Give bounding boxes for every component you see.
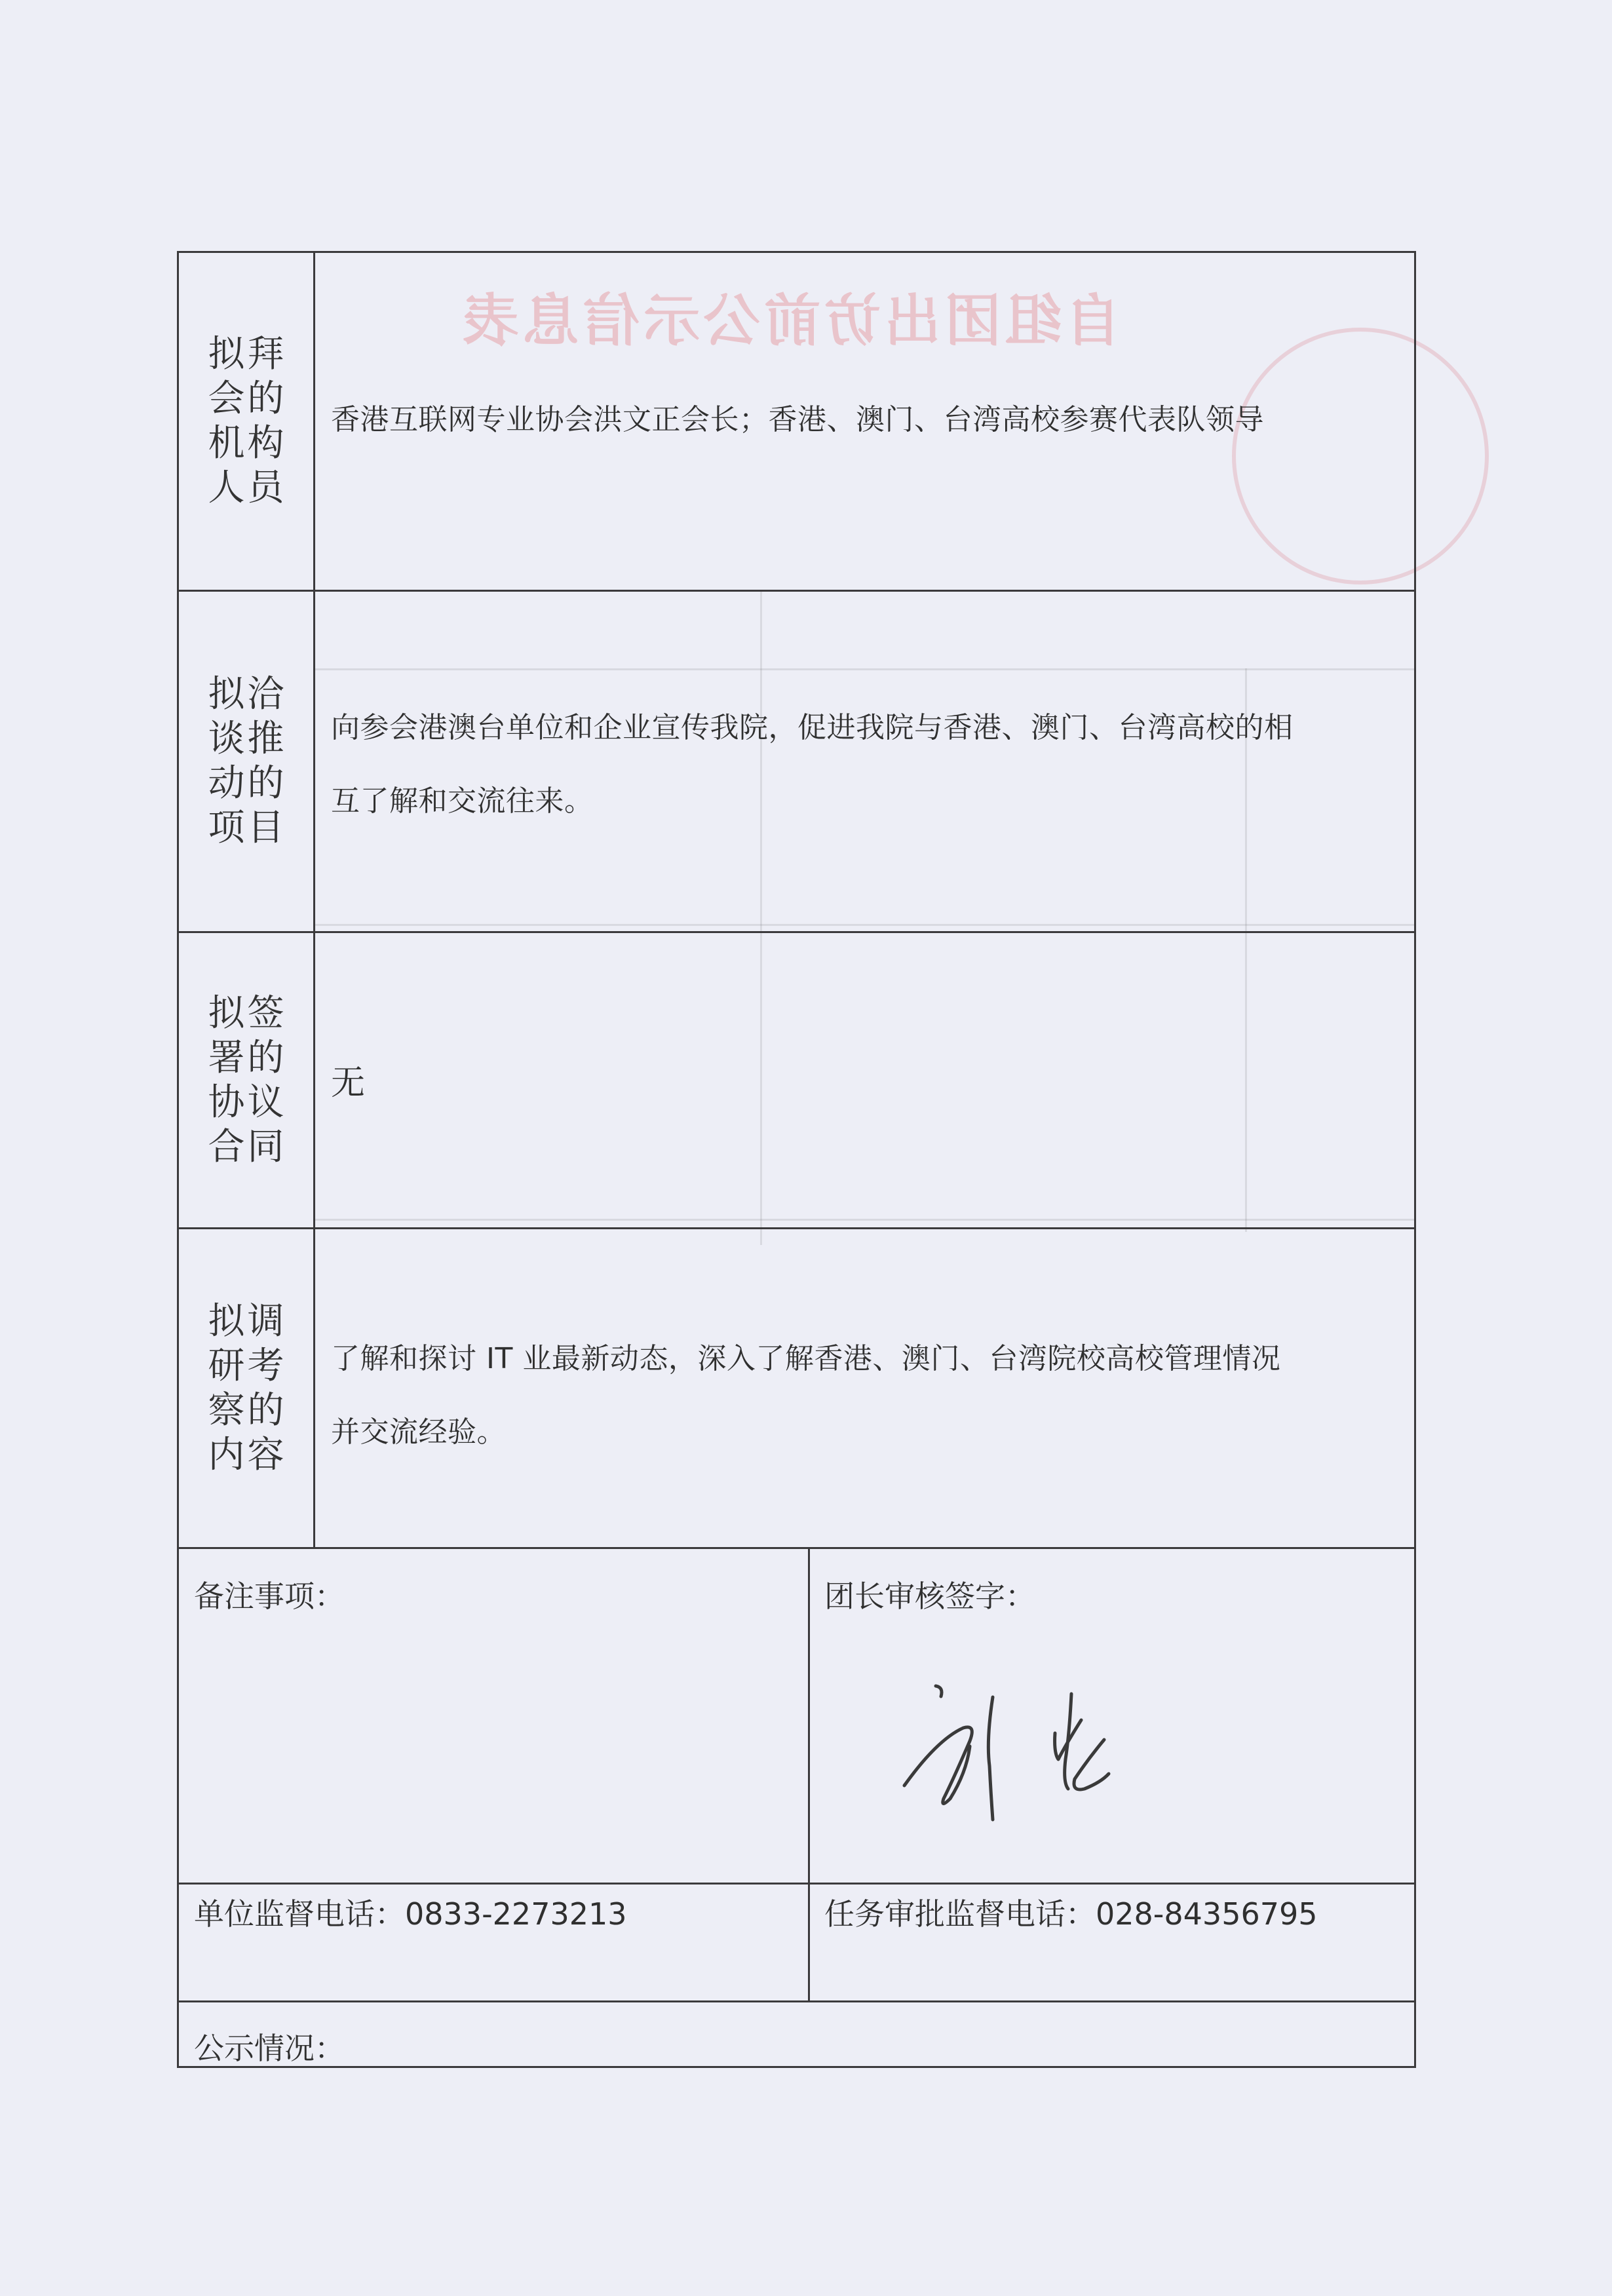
document-page: 自组团出访前公示信息表 拟 拜 会 的 机 构 人 员 香港互联网专业协会洪文正… (0, 0, 1612, 2296)
content-line: 向参会港澳台单位和企业宣传我院，促进我院与香港、澳门、台湾高校的相 (331, 691, 1399, 765)
label-char: 调 (246, 1303, 286, 1341)
label-char: 的 (246, 1039, 286, 1077)
leader-signature-label: 团长审核签字： (824, 1573, 1035, 1616)
bleed-through-line (315, 924, 1415, 926)
label-char: 拟 (207, 1303, 246, 1341)
row-divider (177, 931, 1416, 933)
label-column-divider (313, 251, 315, 1548)
table-border-top (177, 251, 1416, 253)
label-char: 谈 (207, 720, 246, 758)
agreements-content: 无 (331, 1046, 1399, 1120)
bleed-through-line (315, 668, 1415, 670)
label-char: 拟 (207, 335, 246, 373)
publicity-label: 公示情况： (194, 2025, 345, 2068)
label-char: 拟 (207, 995, 246, 1033)
label-char: 机 (207, 425, 246, 463)
label-char: 人 (207, 469, 246, 507)
bleed-through-line (315, 1219, 1415, 1221)
label-char: 拟 (207, 676, 246, 714)
label-char: 推 (246, 720, 286, 758)
label-char: 议 (246, 1084, 286, 1122)
bottom-column-divider (808, 1547, 810, 2000)
label-char: 洽 (246, 676, 286, 714)
unit-supervision-phone-value: 0833-2273213 (405, 1896, 627, 1932)
label-char: 的 (246, 765, 286, 803)
content-line: 了解和探讨 IT 业最新动态，深入了解香港、澳门、台湾院校高校管理情况 (331, 1322, 1399, 1396)
row-label-agreements: 拟 签 署 的 协 议 合 同 (179, 933, 313, 1227)
label-char: 项 (207, 809, 246, 847)
row-divider (177, 1547, 1416, 1549)
negotiation-projects-content: 向参会港澳台单位和企业宣传我院，促进我院与香港、澳门、台湾高校的相 互了解和交流… (331, 691, 1399, 838)
visit-organizations-content: 香港互联网专业协会洪文正会长；香港、澳门、台湾高校参赛代表队领导 (331, 383, 1399, 457)
handwritten-signature (878, 1668, 1153, 1825)
unit-supervision-phone-label: 单位监督电话： (194, 1896, 405, 1932)
row-label-negotiation-projects: 拟 洽 谈 推 动 的 项 目 (179, 592, 313, 931)
label-char: 察 (207, 1392, 246, 1430)
row-divider (177, 2000, 1416, 2002)
row-label-research-content: 拟 调 研 考 察 的 内 容 (179, 1229, 313, 1547)
label-char: 容 (246, 1436, 286, 1474)
label-char: 考 (246, 1347, 286, 1385)
research-content: 了解和探讨 IT 业最新动态，深入了解香港、澳门、台湾院校高校管理情况 并交流经… (331, 1322, 1399, 1469)
label-char: 合 (207, 1128, 246, 1166)
task-approval-phone: 任务审批监督电话：028-84356795 (824, 1890, 1318, 1934)
label-char: 内 (207, 1436, 246, 1474)
label-char: 动 (207, 765, 246, 803)
label-char: 的 (246, 1392, 286, 1430)
task-approval-phone-value: 028-84356795 (1096, 1896, 1318, 1932)
label-char: 构 (246, 425, 286, 463)
label-char: 签 (246, 995, 286, 1033)
label-char: 会 (207, 380, 246, 418)
label-char: 研 (207, 1347, 246, 1385)
label-char: 协 (207, 1084, 246, 1122)
label-char: 拜 (246, 335, 286, 373)
unit-supervision-phone: 单位监督电话：0833-2273213 (194, 1890, 627, 1934)
remarks-label: 备注事项： (194, 1573, 345, 1616)
row-divider (177, 590, 1416, 592)
content-line: 互了解和交流往来。 (331, 765, 1399, 838)
table-border-bottom (177, 2066, 1416, 2068)
row-divider (177, 1227, 1416, 1229)
label-char: 同 (246, 1128, 286, 1166)
label-char: 的 (246, 380, 286, 418)
table-border-right (1414, 251, 1416, 2068)
label-char: 目 (246, 809, 286, 847)
task-approval-phone-label: 任务审批监督电话： (824, 1896, 1096, 1932)
row-divider (177, 1883, 1416, 1885)
bleed-through-line (760, 590, 762, 1245)
bleed-through-title: 自组团出访前公示信息表 (459, 275, 1122, 356)
label-char: 署 (207, 1039, 246, 1077)
label-char: 员 (246, 469, 286, 507)
content-line: 并交流经验。 (331, 1396, 1399, 1469)
row-label-visit-organizations: 拟 拜 会 的 机 构 人 员 (179, 253, 313, 590)
